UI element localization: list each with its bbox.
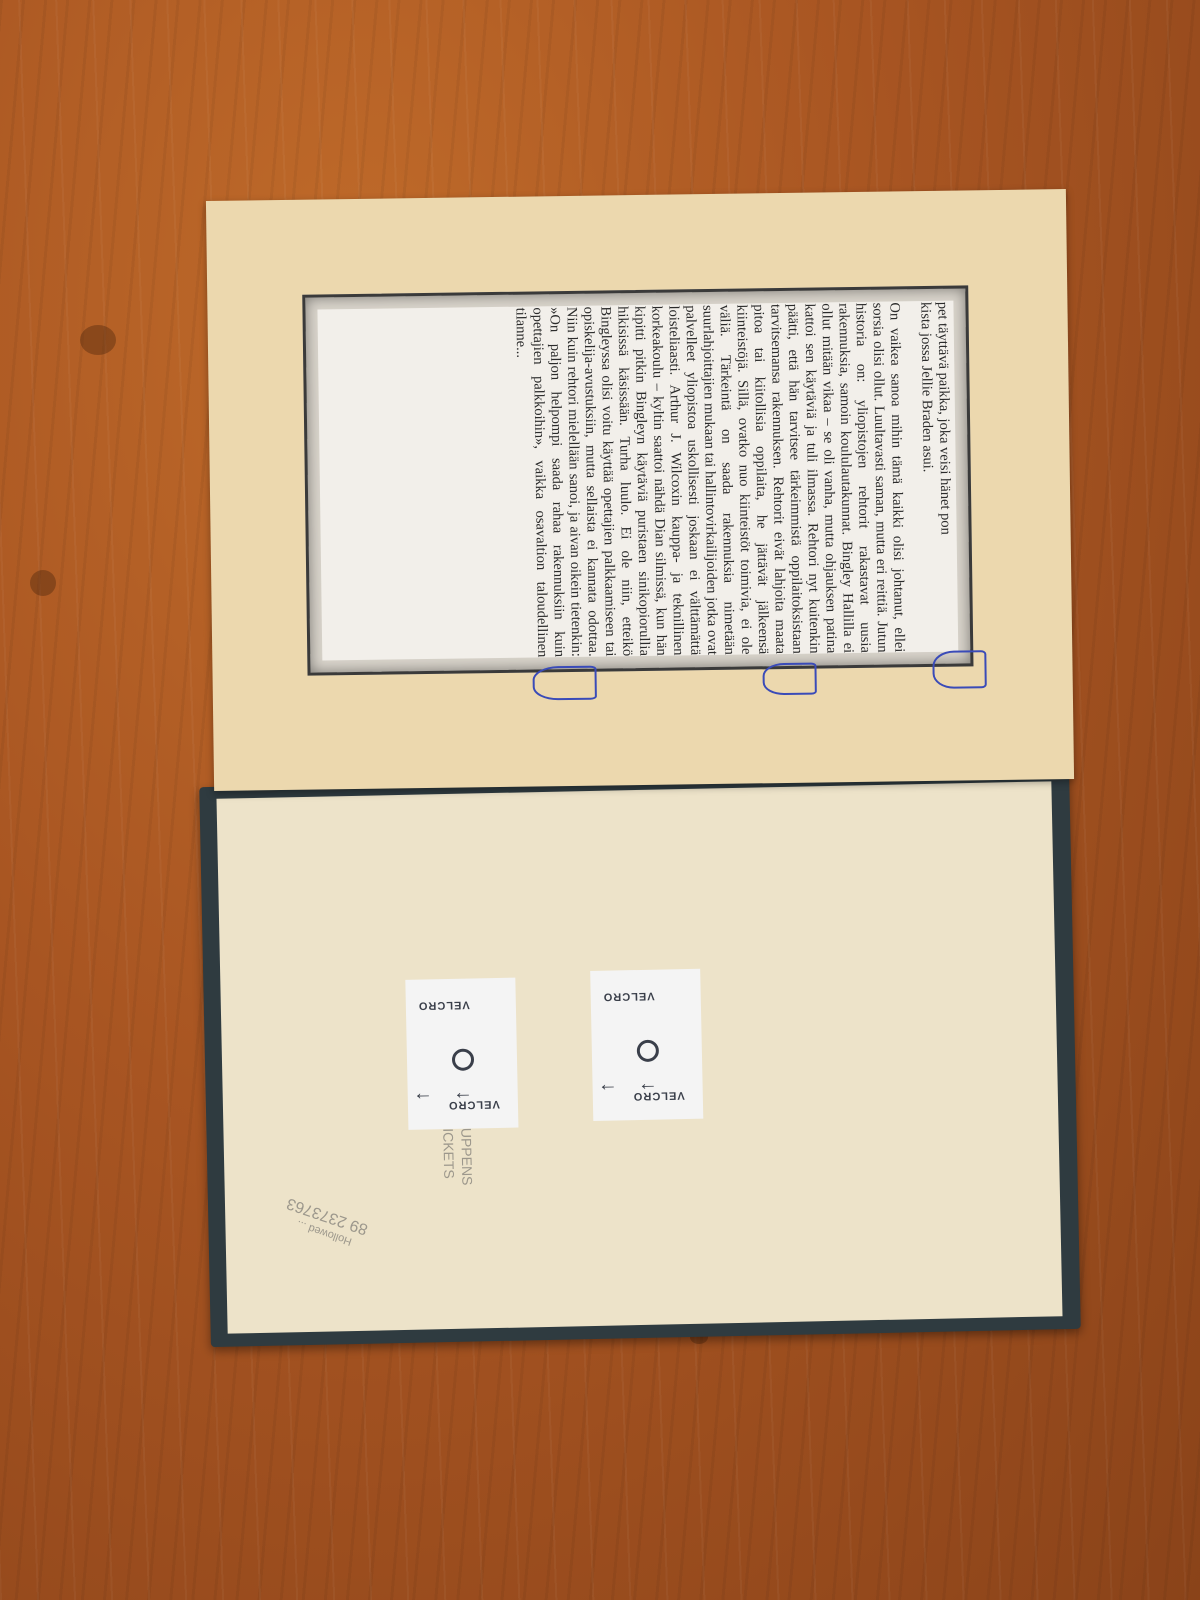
- inside-cover-endpaper: VELCRO ↑ ↑ VELCRO VELCRO ↑ ↑ VELCRO UPPE…: [216, 781, 1062, 1333]
- arrow-icon: ↑: [411, 1091, 434, 1101]
- velcro-label: VELCRO: [603, 990, 655, 1003]
- velcro-patch-right[interactable]: VELCRO ↑ ↑ VELCRO: [590, 969, 703, 1121]
- arrow-icon: ↑: [596, 1082, 619, 1092]
- text-lead: pet täyttävä paikka, joka veisi hänet po…: [916, 301, 955, 651]
- ink-sketch: [932, 650, 987, 689]
- velcro-label: VELCRO: [633, 1089, 685, 1102]
- velcro-label: VELCRO: [418, 999, 470, 1012]
- table-knot: [80, 325, 116, 355]
- text-body: On vaikea sanoa mihin tämä kaikki olisi …: [511, 302, 907, 657]
- ink-sketch: [762, 663, 816, 696]
- hollowed-page-block: pet täyttävä paikka, joka veisi hänet po…: [206, 189, 1074, 791]
- hidden-compartment[interactable]: pet täyttävä paikka, joka veisi hänet po…: [302, 285, 973, 675]
- ink-sketch: [532, 666, 596, 701]
- printed-text: pet täyttävä paikka, joka veisi hänet po…: [320, 301, 955, 660]
- velcro-logo-icon: [452, 1048, 474, 1070]
- velcro-patch-left[interactable]: VELCRO ↑ ↑ VELCRO: [405, 978, 518, 1130]
- velcro-logo-icon: [637, 1040, 659, 1062]
- cut-page: pet täyttävä paikka, joka veisi hänet po…: [317, 301, 958, 661]
- pencil-note-1: UPPENS ICKETS: [439, 1128, 476, 1186]
- table-knot: [30, 570, 56, 596]
- velcro-label: VELCRO: [448, 1098, 500, 1111]
